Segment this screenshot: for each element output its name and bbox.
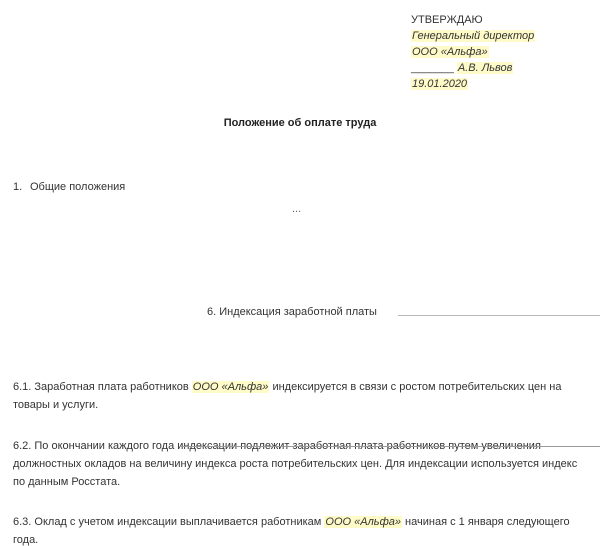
approval-signatory: А.В. Львов — [457, 62, 514, 74]
company-highlight: ООО «Альфа» — [192, 381, 270, 393]
section-1-heading: 1.Общие положения — [13, 181, 125, 193]
approval-position: Генеральный директор — [411, 30, 535, 42]
section-6-heading: 6. Индексация заработной платы — [207, 306, 377, 318]
paragraph-6-3: 6.3. Оклад с учетом индексации выплачива… — [13, 513, 583, 546]
approval-company: ООО «Альфа» — [411, 46, 489, 58]
signature-blank: _______ — [411, 62, 454, 74]
approval-block: УТВЕРЖДАЮ Генеральный директор ООО «Альф… — [411, 12, 535, 92]
company-highlight: ООО «Альфа» — [324, 516, 402, 528]
document-title: Положение об оплате труда — [0, 117, 600, 129]
paragraph-text: 6.1. Заработная плата работников — [13, 381, 192, 393]
omitted-content-ellipsis: ... — [292, 203, 301, 215]
approval-heading: УТВЕРЖДАЮ — [411, 14, 483, 26]
paragraph-text: 6.3. Оклад с учетом индексации выплачива… — [13, 516, 324, 528]
section-6-rule — [398, 315, 600, 316]
paragraph-6-1: 6.1. Заработная плата работников ООО «Ал… — [13, 378, 583, 414]
section-1-title: Общие положения — [30, 181, 125, 193]
approval-date: 19.01.2020 — [411, 78, 468, 90]
strikethrough-line — [180, 446, 600, 447]
section-1-number: 1. — [13, 181, 30, 193]
